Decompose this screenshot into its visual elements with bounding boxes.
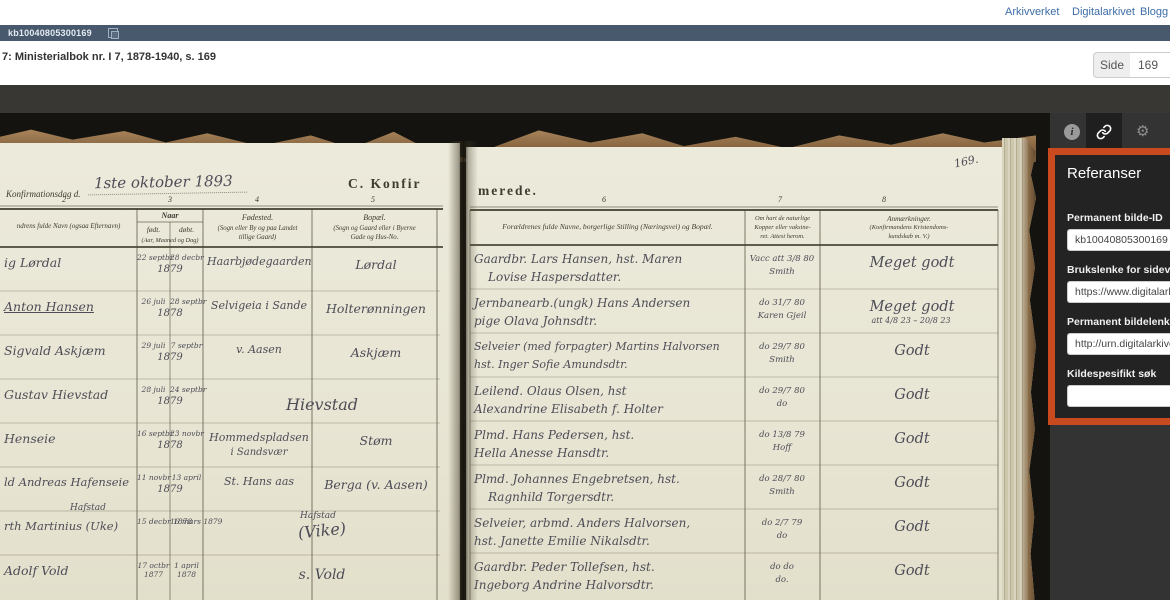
residence: Hievstad	[207, 395, 437, 414]
parents-line1: Selveier (med forpagter) Martins Halvors…	[474, 340, 720, 353]
remark: Godt	[828, 519, 996, 535]
section-title-left: C. Konfir	[348, 176, 422, 192]
gear-icon[interactable]: ⚙	[1136, 122, 1149, 140]
col-header-fodested-sub: (Sogn eller By og paa Landet	[203, 225, 312, 232]
record-row: Sigvald Askjæm 29 juli 7 septbr 1879 v. …	[0, 335, 460, 379]
scan-canvas[interactable]: Konfirmationsdag d. 1ste oktober 1893 C.…	[0, 113, 1170, 600]
remark-line2: att 4/8 23 – 20/8 23	[822, 316, 1000, 325]
year: 1879	[137, 264, 203, 275]
col-header-naar-sub: (Aar, Maaned og Dag)	[133, 237, 207, 244]
digitalarkivet-image-viewer: Arkivverket Digitalarkivet Blogg kb10040…	[0, 0, 1170, 600]
vacc-line2: Smith	[769, 355, 795, 365]
vaccination: do 28/7 80Smith	[746, 473, 818, 499]
baptized-date: 7 septbr	[170, 341, 203, 350]
record-row: Selveier, arbmd. Anders Halvorsen,hst. J…	[466, 509, 1002, 553]
baptized-date: 1 april 1878	[170, 561, 203, 579]
nav-link-blogg[interactable]: Blogg	[1140, 6, 1168, 18]
record-row: Adolf Vold 17 octbr 1877 1 april 1878 s.…	[0, 555, 460, 599]
confirmand-name: Henseie	[4, 431, 136, 446]
column-number: 3	[160, 195, 180, 204]
book-gutter-shadow	[448, 141, 478, 600]
born-date: 26 juli	[137, 297, 170, 306]
column-number: 8	[874, 195, 894, 204]
nav-link-arkivverket[interactable]: Arkivverket	[1005, 6, 1059, 18]
vaccination: do 2/7 79do	[746, 517, 818, 543]
record-row: Gaardbr. Lars Hansen, hst. MarenLovise H…	[466, 245, 1002, 289]
vacc-line1: Vacc att 3/8 80	[750, 254, 814, 264]
col-header-fodt: født.	[137, 225, 170, 234]
nav-link-digitalarkivet[interactable]: Digitalarkivet	[1072, 6, 1135, 18]
parents-line1: Jernbanearb.(ungk) Hans Andersen	[474, 296, 690, 310]
vaccination: do 29/7 80do	[746, 385, 818, 411]
birthplace: St. Hans aas	[207, 475, 311, 488]
parents: Selveier (med forpagter) Martins Halvors…	[474, 338, 746, 374]
vacc-line1: do 29/7 80	[759, 386, 805, 396]
birthplace: Haarbjødegaarden	[207, 255, 311, 268]
parents-line2: hst. Inger Sofie Amundsdtr.	[474, 358, 628, 371]
column-number: 2	[54, 195, 74, 204]
parents-line2: Hella Anesse Hansdtr.	[474, 446, 609, 460]
name-annotation: Hafstad	[70, 503, 106, 513]
year: 1879	[137, 484, 203, 495]
vacc-line1: do do	[770, 562, 794, 572]
residence: Berga (v. Aasen)	[316, 477, 436, 492]
col-header-fodested-sub2: tillige Gaard)	[203, 234, 312, 241]
year: 1879	[137, 352, 203, 363]
parents-line1: Selveier, arbmd. Anders Halvorsen,	[474, 516, 690, 530]
born-date: 22 septbr	[137, 253, 170, 262]
record-row: Anton Hansen 26 juli 28 septbr 1878 Selv…	[0, 291, 460, 335]
record-row: Gustav Hievstad 28 juli 24 septbr 1879 H…	[0, 379, 460, 423]
born-date: 28 juli	[137, 385, 170, 394]
born-date: 29 juli	[137, 341, 170, 350]
image-id-bar: kb10040805300169	[0, 25, 1170, 41]
col-header-vacc3: ret. Attest herom.	[745, 233, 820, 240]
confirmand-name: ld Andreas Hafenseie	[4, 475, 136, 489]
col-header-anm3: kundskab m. V.)	[820, 233, 998, 240]
vacc-line1: do 29/7 80	[759, 342, 805, 352]
permanent-image-link-input[interactable]	[1067, 333, 1170, 355]
link-tab-active-tile[interactable]	[1086, 113, 1122, 151]
parents-line1: Gaardbr. Lars Hansen, hst. Maren	[474, 252, 682, 266]
link-icon[interactable]	[1096, 124, 1112, 140]
col-header-name: ndrens fulde Navn (ogsaa Efternavn)	[0, 222, 137, 230]
record-row: Leilend. Olaus Olsen, hstAlexandrine Eli…	[466, 377, 1002, 421]
confirmand-name: Gustav Hievstad	[4, 387, 136, 402]
record-row: ig Lørdal 22 septbr 28 decbr 1879 Haarbj…	[0, 247, 460, 291]
references-panel: Referanser Permanent bilde-ID Brukslenke…	[1048, 148, 1170, 425]
parents-line2: Ingeborg Andrine Halvorsdtr.	[474, 578, 654, 592]
parents: Gaardbr. Peder Tollefsen, hst.Ingeborg A…	[474, 558, 746, 594]
parents-line1: Plmd. Johannes Engebretsen, hst.	[474, 472, 680, 486]
page-view-link-label: Brukslenke for sidevisning	[1067, 264, 1170, 276]
column-number: 4	[247, 195, 267, 204]
parents: Selveier, arbmd. Anders Halvorsen,hst. J…	[474, 514, 746, 550]
record-row: ld Andreas Hafenseie 11 novbr 13 april 1…	[0, 467, 460, 511]
vacc-line1: do 31/7 80	[759, 298, 805, 308]
info-icon[interactable]: i	[1064, 124, 1080, 140]
born-date: 15 decbr 1878	[137, 517, 170, 526]
born-date: 16 septbr	[137, 429, 170, 438]
parents-line1: Leilend. Olaus Olsen, hst	[474, 384, 626, 398]
page-number-input[interactable]	[1130, 52, 1170, 78]
parents: Plmd. Hans Pedersen, hst.Hella Anesse Ha…	[474, 426, 746, 462]
vacc-line2: Smith	[769, 487, 795, 497]
vacc-line2: do	[777, 531, 788, 541]
record-row: Selveier (med forpagter) Martins Halvors…	[466, 333, 1002, 377]
record-row: Hafstad rth Martinius (Uke) 15 decbr 187…	[0, 511, 460, 555]
vacc-line1: do 13/8 79	[759, 430, 805, 440]
born-date: 17 octbr 1877	[137, 561, 170, 579]
page-field-label: Side	[1093, 52, 1131, 78]
residence: Lørdal	[316, 257, 436, 272]
source-specific-search-label: Kildespesifikt søk	[1067, 368, 1170, 380]
confirmand-name: ig Lørdal	[4, 255, 136, 270]
vaccination: do 13/8 79Hoff	[746, 429, 818, 455]
col-header-parents: Forældrenes fulde Navne, borgerlige Stil…	[470, 222, 745, 231]
viewer-sidebar: i ⚙ Referanser Permanent bilde-ID Bruksl…	[1050, 113, 1170, 600]
image-id-text: kb10040805300169	[8, 28, 92, 38]
source-title: 7: Ministerialbok nr. I 7, 1878-1940, s.…	[2, 51, 216, 63]
permanent-image-id-label: Permanent bilde-ID	[1067, 212, 1170, 224]
year: 1879	[137, 396, 203, 407]
confirmation-day-value: 1ste oktober 1893	[88, 172, 247, 196]
vacc-line2: Smith	[769, 267, 795, 277]
parents-line2: Ragnhild Torgersdtr.	[474, 490, 614, 504]
parents: Gaardbr. Lars Hansen, hst. MarenLovise H…	[474, 250, 746, 286]
parents-line2: Lovise Haspersdatter.	[474, 270, 621, 284]
vacc-line2: do	[777, 399, 788, 409]
book-page-edges	[1002, 138, 1036, 600]
col-header-bopael: Bopæl.	[312, 213, 437, 222]
parents-line1: Gaardbr. Peder Tollefsen, hst.	[474, 560, 655, 574]
col-header-anm1: Anmærkninger.	[820, 215, 998, 223]
parents-line2: pige Olava Johnsdtr.	[474, 314, 597, 328]
vacc-line1: do 28/7 80	[759, 474, 805, 484]
baptized-date: 28 septbr	[170, 297, 203, 306]
record-row: Gaardbr. Peder Tollefsen, hst.Ingeborg A…	[466, 553, 1002, 597]
baptized-date: 28 decbr	[170, 253, 203, 262]
copy-icon[interactable]	[108, 28, 118, 38]
parents-line1: Plmd. Hans Pedersen, hst.	[474, 428, 634, 442]
residence: Støm	[316, 433, 436, 448]
remark: Meget godt	[828, 299, 996, 315]
vacc-line2: do.	[775, 575, 788, 585]
birthplace: v. Aasen	[207, 343, 311, 356]
top-nav: Arkivverket Digitalarkivet Blogg	[0, 0, 1170, 25]
col-header-dobt: døbt.	[170, 225, 203, 234]
column-number: 6	[594, 195, 614, 204]
column-number: 7	[770, 195, 790, 204]
record-row: Plmd. Hans Pedersen, hst.Hella Anesse Ha…	[466, 421, 1002, 465]
col-header-vacc2: Kopper eller vaksine-	[745, 224, 820, 231]
confirmand-name: rth Martinius (Uke)	[4, 519, 136, 533]
vaccination: Vacc att 3/8 80Smith	[746, 253, 818, 279]
residence: s. Vold	[207, 567, 437, 583]
references-panel-title: Referanser	[1067, 165, 1170, 182]
confirmand-name: Anton Hansen	[4, 299, 136, 314]
permanent-image-id-input[interactable]	[1067, 229, 1170, 251]
parents: Plmd. Johannes Engebretsen, hst.Ragnhild…	[474, 470, 746, 506]
baptized-date: 23 novbr	[170, 429, 203, 438]
col-header-vacc1: Om hart de naturlige	[745, 215, 820, 222]
page-view-link-input[interactable]	[1067, 281, 1170, 303]
year: 1878	[137, 308, 203, 319]
remark: Meget godt	[828, 255, 996, 271]
vacc-line2: Karen Gjeil	[758, 311, 807, 321]
parents: Jernbanearb.(ungk) Hans Andersenpige Ola…	[474, 294, 746, 330]
viewer-toolbar: 417 ❮ ❯ + − ↻	[0, 85, 1170, 113]
record-row: Jernbanearb.(ungk) Hans Andersenpige Ola…	[466, 289, 1002, 333]
column-number: 5	[363, 195, 383, 204]
col-header-anm2: (Konfirmandens Kristendoms-	[820, 224, 998, 231]
residence: Holterønningen	[316, 301, 436, 316]
parents-line2: hst. Janette Emilie Nikalsdtr.	[474, 534, 650, 548]
vacc-line1: do 2/7 79	[762, 518, 802, 528]
vaccination: do 31/7 80Karen Gjeil	[746, 297, 818, 323]
vacc-line2: Hoff	[773, 443, 792, 453]
residence: Askjæm	[316, 345, 436, 360]
section-title-right: merede.	[478, 183, 538, 199]
born-date: 11 novbr	[137, 473, 170, 482]
birthplace-line2: i Sandsvær	[207, 447, 311, 458]
col-header-naar: Naar	[137, 211, 203, 220]
col-header-bopael-sub2: Gade og Hus-No.	[312, 234, 437, 241]
book-left-page: Konfirmationsdag d. 1ste oktober 1893 C.…	[0, 143, 460, 600]
copy-icon-inner	[111, 31, 119, 39]
remark: Godt	[828, 387, 996, 403]
baptized-date: 24 septbr	[170, 385, 203, 394]
book-right-page: merede. 169. 6 7 8 Forældrenes fulde Nav…	[466, 147, 1002, 600]
year: 1878	[137, 440, 203, 451]
source-header: 7: Ministerialbok nr. I 7, 1878-1940, s.…	[0, 41, 1170, 85]
baptized-date: 16 mars 1879	[170, 517, 203, 526]
confirmand-name: Sigvald Askjæm	[4, 343, 136, 358]
remark: Godt	[828, 563, 996, 579]
confirmand-name: Adolf Vold	[4, 563, 136, 578]
parents: Leilend. Olaus Olsen, hstAlexandrine Eli…	[474, 382, 746, 418]
baptized-date: 13 april	[170, 473, 203, 482]
col-header-fodested: Fødested.	[203, 213, 312, 222]
parents-line2: Alexandrine Elisabeth f. Holter	[474, 402, 663, 416]
permanent-image-link-label: Permanent bildelenke	[1067, 316, 1170, 328]
vaccination: do 29/7 80Smith	[746, 341, 818, 367]
birthplace: Selvigeia i Sande	[207, 299, 311, 312]
birthplace: Hommedspladsen	[207, 431, 311, 444]
source-specific-search-input[interactable]	[1067, 385, 1170, 407]
record-row: Plmd. Johannes Engebretsen, hst.Ragnhild…	[466, 465, 1002, 509]
col-header-bopael-sub: (Sogn og Gaard eller i Byerne	[312, 225, 437, 232]
vaccination: do dodo.	[746, 561, 818, 587]
remark: Godt	[828, 343, 996, 359]
remark: Godt	[828, 475, 996, 491]
remark: Godt	[828, 431, 996, 447]
record-row: Henseie 16 septbr 23 novbr 1878 Hommedsp…	[0, 423, 460, 467]
